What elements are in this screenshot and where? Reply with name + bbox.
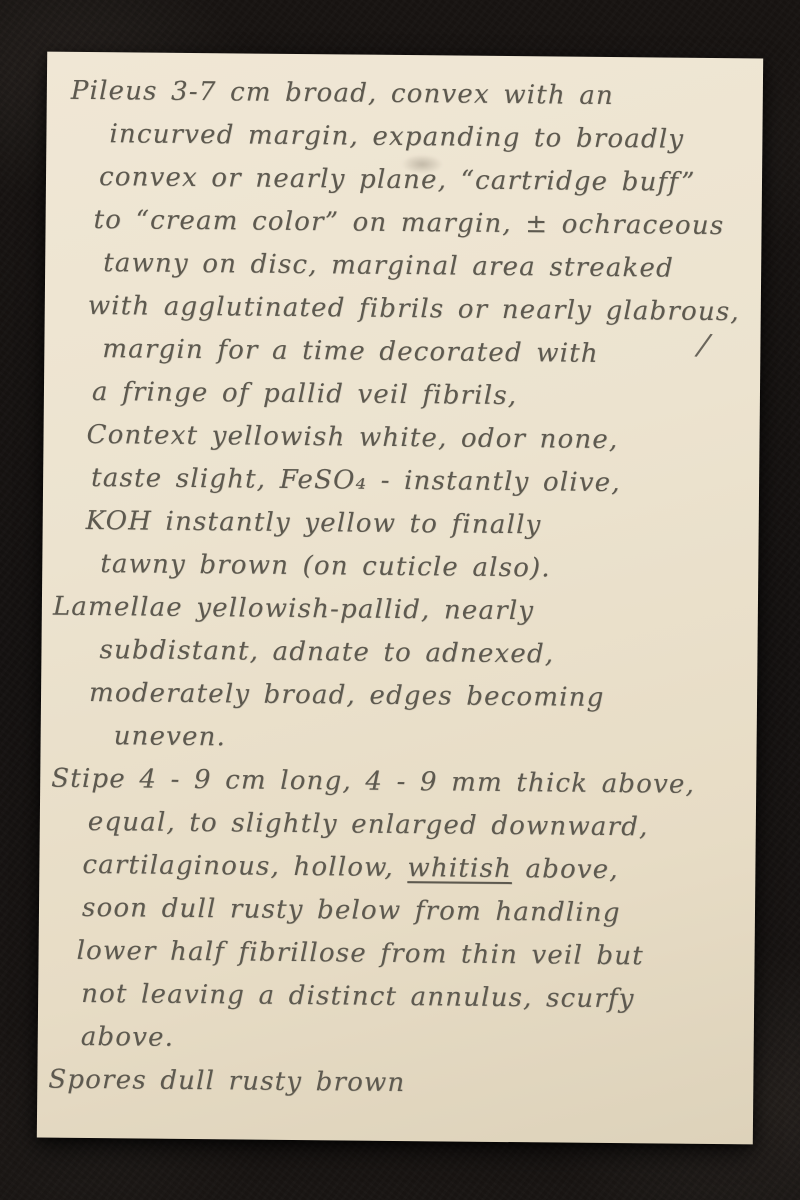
section-stipe: Stipe 4 - 9 cm long, 4 - 9 mm thick abov… [62, 758, 747, 1066]
line-pre: cartilaginous, hollow, [82, 850, 407, 883]
handwritten-line: moderately broad, edges becoming [89, 672, 747, 721]
handwritten-line: a fringe of pallid veil fibrils, [92, 371, 750, 420]
handwritten-line: tawny on disc, marginal area streaked [103, 242, 751, 291]
handwritten-line: taste slight, FeSO₄ - instantly olive, [91, 457, 749, 506]
handwritten-line: equal, to slightly enlarged downward, [88, 801, 746, 850]
section-spores: Spores dull rusty brown [61, 1059, 743, 1109]
handwritten-line: lower half fibrillose from thin veil but [76, 930, 744, 979]
handwritten-line: tawny brown (on cuticle also). [100, 543, 748, 592]
handwritten-line: incurved margin, expanding to broadly [109, 113, 752, 162]
handwritten-note-card: / Pileus 3-7 cm broad, convex with an in… [37, 52, 763, 1145]
handwritten-line: subdistant, adnate to adnexed, [99, 629, 747, 678]
handwritten-line: Lamellae yellowish-pallid, nearly [53, 586, 748, 636]
handwritten-line: cartilaginous, hollow, whitish above, [82, 844, 745, 893]
handwritten-line: to “cream color” on margin, ± ochraceous [93, 199, 751, 248]
handwritten-line: margin for a time decorated with [102, 328, 750, 377]
handwritten-line: Pileus 3-7 cm broad, convex with an [71, 70, 753, 120]
handwritten-line: Stipe 4 - 9 cm long, 4 - 9 mm thick abov… [51, 758, 746, 808]
line-post: above, [512, 854, 619, 885]
handwritten-line: Spores dull rusty brown [48, 1059, 743, 1109]
handwritten-line: convex or nearly plane, “cartridge buff” [99, 156, 752, 205]
handwritten-line: KOH instantly yellow to finally [86, 500, 749, 549]
underlined-word: whitish [407, 853, 512, 884]
handwritten-line: not leaving a distinct annulus, scurfy [81, 973, 744, 1022]
handwritten-line: with agglutinated fibrils or nearly glab… [88, 285, 751, 334]
handwritten-line: Context yellowish white, odor none, [86, 414, 749, 463]
handwritten-line: uneven. [113, 715, 746, 764]
note-text: Pileus 3-7 cm broad, convex with an incu… [37, 52, 763, 1109]
section-pileus: Pileus 3-7 cm broad, convex with an incu… [66, 70, 753, 593]
section-lamellae: Lamellae yellowish-pallid, nearly subdis… [64, 586, 748, 765]
handwritten-line: above. [81, 1016, 744, 1065]
handwritten-line: soon dull rusty below from handling [82, 887, 745, 936]
